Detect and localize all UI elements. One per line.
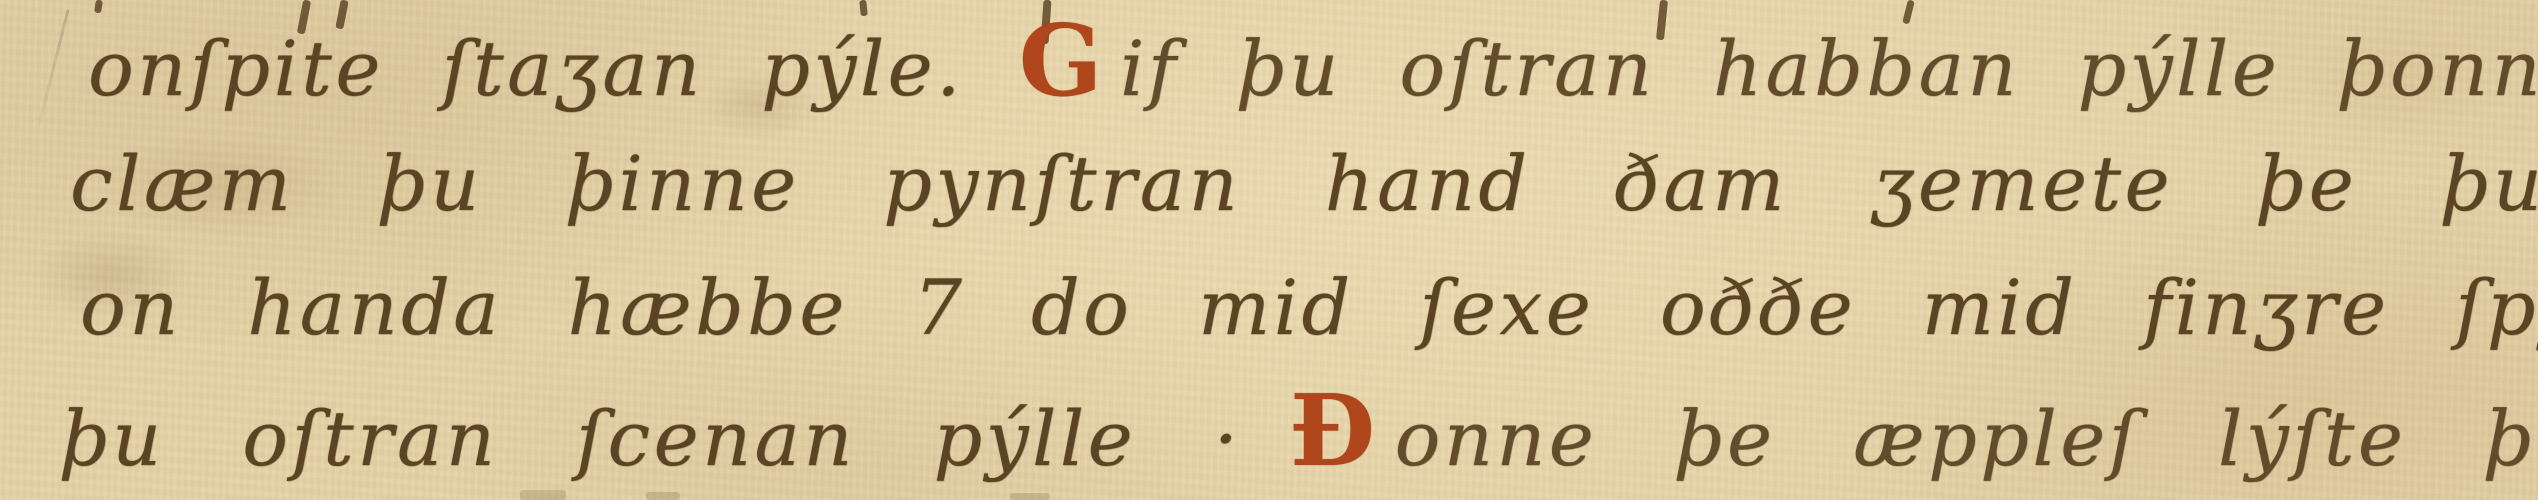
ink-stroke-fragment [859,0,868,16]
text-line: clæm þu þinne pynſtran hand ðam ʒemete þ… [70,146,2538,222]
parchment-crease [38,9,70,126]
ink-stroke-fragment [94,0,103,13]
text-line: þu oſtran ſcenan pýlle ·Ðonne þe æppleſ … [60,394,2538,477]
ink-stroke-fragment [1902,0,1915,24]
ink-stroke-fragment [646,492,680,500]
ink-stroke-fragment [1010,493,1050,500]
text-segment: onne þe æppleſ lýſte þonne [1395,394,2538,483]
text-segment: clæm þu þinne pynſtran hand ðam ʒemete þ… [70,139,2538,228]
text-segment: on handa hæbbe 7 do mid ſexe oððe mid fi… [80,263,2538,352]
manuscript-page: onſpite ſtaʒan pýle.Gif þu oſtran habban… [0,0,2538,500]
text-line: onſpite ſtaʒan pýle.Gif þu oſtran habban… [88,24,2538,107]
rubric-initial-G: G [1019,24,1106,100]
rubric-initial-eth: Ð [1289,394,1378,470]
ink-stroke-fragment [520,490,566,500]
text-line: on handa hæbbe 7 do mid ſexe oððe mid fi… [80,270,2538,346]
text-segment: þu oſtran ſcenan pýlle · [60,394,1241,483]
text-segment: if þu oſtran habban pýlle þonne [1120,24,2538,113]
text-segment: onſpite ſtaʒan pýle. [88,24,964,113]
